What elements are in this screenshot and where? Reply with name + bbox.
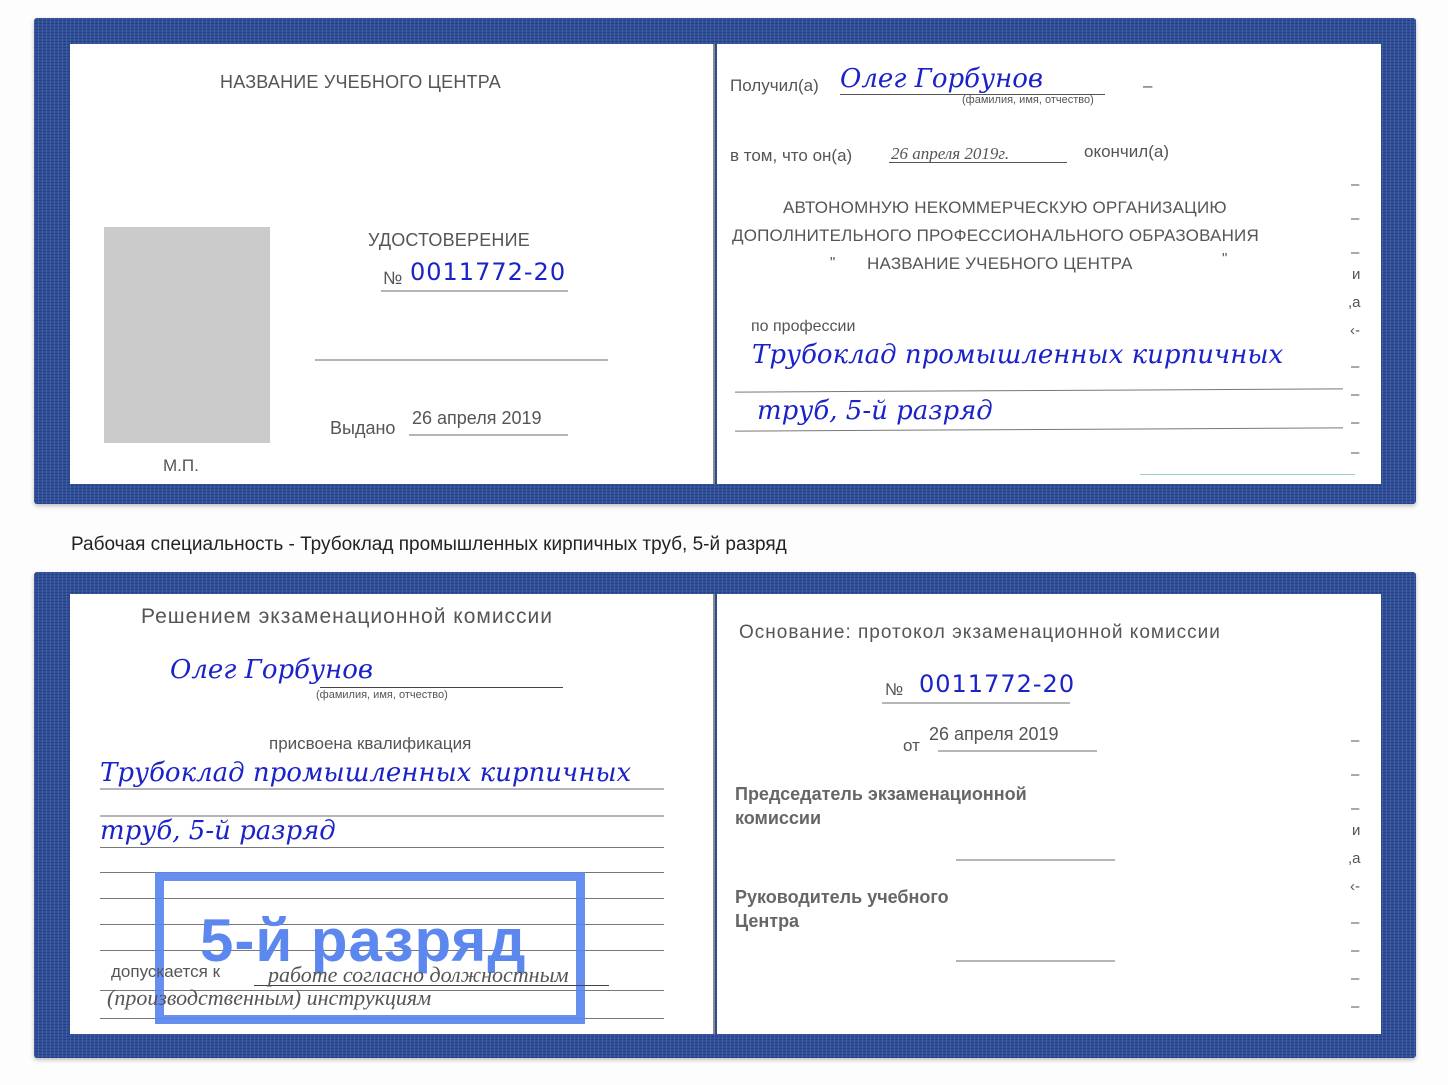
graduate-name: Олег Горбунов	[170, 655, 373, 685]
admitted-line-2: (производственным) инструкциям	[107, 985, 431, 1011]
stamp-place-label: М.П.	[163, 456, 199, 476]
edge-mark: –	[1351, 244, 1359, 261]
edge-mark: –	[1351, 998, 1359, 1015]
protocol-number: 0011772-20	[919, 670, 1075, 698]
page-bottom-line	[1140, 474, 1355, 475]
bottom-spine	[713, 594, 715, 1034]
org-line-3-open-quote: "	[830, 254, 836, 271]
edge-mark: –	[1351, 732, 1359, 749]
issued-label: Выдано	[330, 418, 395, 439]
edge-mark: –	[1351, 210, 1359, 227]
edge-mark: –	[1351, 386, 1359, 403]
number-prefix: №	[383, 268, 402, 289]
head-line-2: Центра	[735, 911, 799, 932]
that-date: 26 апреля 2019г.	[891, 144, 1009, 164]
blank-underline	[315, 359, 608, 361]
name-underline	[320, 687, 563, 688]
chairman-signature-line	[956, 859, 1115, 861]
certificate-number: 0011772-20	[410, 258, 566, 286]
edge-mark: ‹-	[1350, 322, 1360, 339]
from-label: от	[903, 736, 920, 756]
that-label: в том, что он(а)	[730, 146, 852, 166]
finished-label: окончил(а)	[1084, 142, 1169, 162]
qualification-line-2: труб, 5-й разряд	[100, 816, 336, 846]
edge-mark: ,а	[1348, 294, 1361, 311]
edge-mark: –	[1351, 358, 1359, 375]
qualification-label: присвоена квалификация	[269, 734, 471, 754]
from-underline	[938, 750, 1097, 752]
top-spine	[713, 44, 715, 484]
edge-mark: –	[1351, 176, 1359, 193]
org-line-3-close-quote: "	[1222, 250, 1228, 267]
decision-title: Решением экзаменационной комиссии	[141, 605, 553, 629]
edge-mark: ,а	[1348, 850, 1361, 867]
protocol-number-prefix: №	[885, 680, 903, 700]
edge-mark: –	[1351, 414, 1359, 431]
qual-underline-1	[100, 788, 664, 790]
edge-mark: –	[1351, 800, 1359, 817]
org-line-3: НАЗВАНИЕ УЧЕБНОГО ЦЕНТРА	[867, 254, 1133, 274]
edge-mark: и	[1352, 822, 1360, 839]
edge-mark: ‹-	[1350, 878, 1360, 895]
name-hint: (фамилия, имя, отчество)	[962, 94, 1094, 106]
edge-mark: –	[1351, 766, 1359, 783]
received-name: Олег Горбунов	[840, 64, 1043, 94]
doc-title: УДОСТОВЕРЕНИЕ	[368, 230, 530, 251]
name-hint: (фамилия, имя, отчество)	[316, 689, 448, 701]
admitted-label: допускается к	[111, 962, 220, 982]
issued-underline	[409, 434, 568, 436]
photo-placeholder	[104, 227, 270, 443]
issued-date: 26 апреля 2019	[412, 408, 542, 429]
chairman-line-1: Председатель экзаменационной	[735, 784, 1027, 805]
protocol-number-underline	[882, 702, 1070, 704]
received-dash: –	[1143, 76, 1152, 96]
rule-line	[100, 847, 664, 848]
edge-mark: –	[1351, 914, 1359, 931]
edge-mark: –	[1351, 444, 1359, 461]
received-label: Получил(а)	[730, 76, 819, 96]
org-line-1: АВТОНОМНУЮ НЕКОММЕРЧЕСКУЮ ОРГАНИЗАЦИЮ	[783, 198, 1227, 218]
number-underline	[381, 290, 568, 292]
head-line-1: Руководитель учебного	[735, 887, 949, 908]
profession-line-2: труб, 5-й разряд	[757, 396, 993, 426]
chairman-line-2: комиссии	[735, 808, 821, 829]
edge-mark: –	[1351, 942, 1359, 959]
basis-title: Основание: протокол экзаменационной коми…	[739, 622, 1221, 644]
qualification-line-1: Трубоклад промышленных кирпичных	[100, 758, 631, 788]
edge-mark: –	[1351, 970, 1359, 987]
profession-label: по профессии	[751, 318, 855, 336]
profession-line-1: Трубоклад промышленных кирпичных	[752, 340, 1283, 370]
from-date: 26 апреля 2019	[929, 724, 1059, 745]
head-signature-line	[956, 960, 1115, 962]
caption: Рабочая специальность - Трубоклад промыш…	[71, 534, 787, 556]
that-underline	[889, 162, 1067, 163]
org-line-2: ДОПОЛНИТЕЛЬНОГО ПРОФЕССИОНАЛЬНОГО ОБРАЗО…	[732, 226, 1259, 246]
edge-mark: и	[1352, 266, 1360, 283]
org-title: НАЗВАНИЕ УЧЕБНОГО ЦЕНТРА	[220, 72, 501, 93]
